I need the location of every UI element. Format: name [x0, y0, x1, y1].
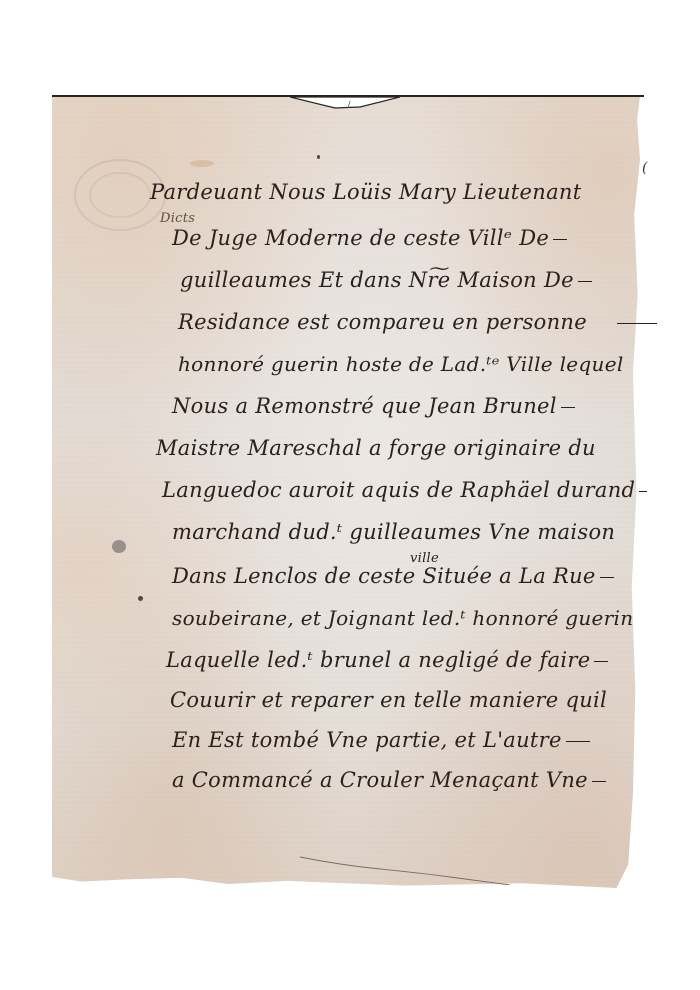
line-filler-dash	[578, 281, 592, 283]
line-filler-dash	[592, 781, 606, 783]
margin-note: Dicts	[160, 212, 195, 225]
manuscript-line-5: honnoré guerin hoste de Lad.ᵗᵉ Ville leq…	[178, 354, 624, 374]
line-filler-dash	[566, 741, 590, 743]
line-text: Dans Lenclos de ceste Située a La Rue	[172, 564, 596, 588]
manuscript-line-12: Laquelle led.ᵗ brunel a negligé de faire	[166, 650, 608, 671]
manuscript-line-3: guilleaumes Et dans Nr͠e Maison De	[180, 270, 592, 291]
manuscript-line-4: Residance est compareu en personne	[178, 312, 657, 333]
line-text: Residance est compareu en personne	[178, 310, 587, 334]
manuscript-line-1: Pardeuant Nous Loüis Mary Lieutenant	[150, 182, 581, 203]
line-text: guilleaumes Et dans Nr͠e Maison De	[180, 268, 574, 292]
manuscript-line-15: a Commancé a Crouler Menaçant Vne	[172, 770, 606, 791]
line-text: Languedoc auroit aquis de Raphäel durand	[162, 478, 635, 502]
torn-corner-icon	[290, 97, 400, 109]
foxing-stain	[190, 160, 214, 167]
line-text: a Commancé a Crouler Menaçant Vne	[172, 768, 588, 792]
line-filler-dash	[600, 577, 614, 579]
line-text: Laquelle led.ᵗ brunel a negligé de faire	[166, 648, 590, 672]
line-text: En Est tombé Vne partie, et L'autre	[172, 728, 562, 752]
line-filler-dash	[617, 323, 657, 325]
ink-blot	[112, 540, 126, 553]
ink-dot	[138, 596, 143, 601]
line-filler-dash	[553, 239, 567, 241]
page-background: ( Pardeuant Nous Loüis Mary Lieutenant D…	[0, 0, 700, 990]
manuscript-line-13: Couurir et reparer en telle maniere quil	[170, 690, 607, 711]
manuscript-line-9: marchand dud.ᵗ guilleaumes Vne maison	[172, 522, 615, 543]
manuscript-line-14: En Est tombé Vne partie, et L'autre	[172, 730, 590, 751]
line-filler-dash	[561, 407, 575, 409]
line-text: Nous a Remonstré que Jean Brunel	[172, 394, 557, 418]
line-text: De Juge Moderne de ceste Villᵉ De	[172, 226, 549, 250]
manuscript-line-8: Languedoc auroit aquis de Raphäel durand	[162, 480, 647, 501]
margin-bracket: (	[642, 160, 647, 176]
ink-speck	[317, 155, 320, 159]
paper-crease	[300, 855, 520, 885]
manuscript-line-2: De Juge Moderne de ceste Villᵉ De	[172, 228, 567, 249]
manuscript-line-7: Maistre Mareschal a forge originaire du	[156, 438, 596, 459]
manuscript-line-6: Nous a Remonstré que Jean Brunel	[172, 396, 575, 417]
manuscript-line-11: soubeirane, et Joignant led.ᵗ honnoré gu…	[172, 608, 633, 628]
line-filler-dash	[639, 491, 647, 493]
line-filler-dash	[594, 661, 608, 663]
manuscript-line-10: Dans Lenclos de ceste Située a La Rue	[172, 566, 614, 587]
